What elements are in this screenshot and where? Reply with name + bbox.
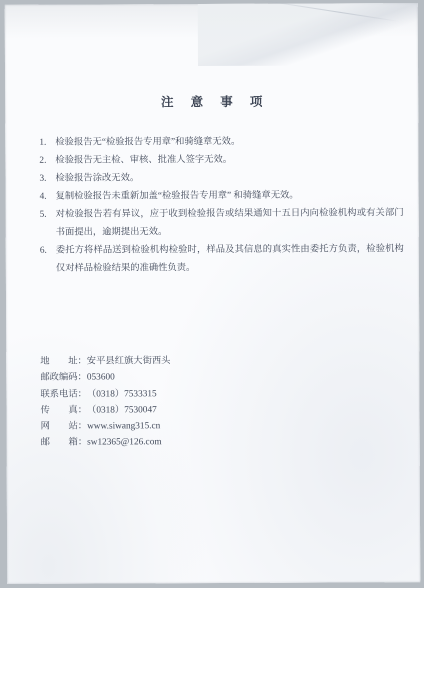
contact-value: 安平县红旗大街西头 [87, 353, 171, 370]
notice-number: 1. [39, 134, 55, 152]
notice-item: 5. 对检验报告若有异议，应于收到检验报告或结果通知十五日内向检验机构或有关部门… [40, 204, 404, 242]
notice-number: 3. [39, 170, 55, 188]
notice-text: 对检验报告若有异议，应于收到检验报告或结果通知十五日内向检验机构或有关部门书面提… [56, 204, 404, 242]
notice-number: 4. [40, 188, 56, 206]
notice-item: 6. 委托方将样品送到检验机构检验时，样品及其信息的真实性由委托方负责，检验机构… [40, 240, 404, 278]
contact-address: 地 址：安平县红旗大街西头 [40, 353, 170, 370]
contact-value: （0318）7533315 [87, 386, 157, 403]
notice-item: 2. 检验报告无主检、审核、批准人签字无效。 [39, 150, 403, 170]
notice-text: 检验报告无“检验报告专用章”和骑缝章无效。 [55, 132, 403, 152]
contact-fax: 传 真：（0318）7530047 [40, 402, 170, 419]
notice-list: 1. 检验报告无“检验报告专用章”和骑缝章无效。 2. 检验报告无主检、审核、批… [39, 132, 404, 278]
notice-text: 复制检验报告未重新加盖“检验报告专用章” 和骑缝章无效。 [56, 186, 404, 206]
contact-label: 地 址： [40, 354, 87, 370]
scanner-background: 注 意 事 项 1. 检验报告无“检验报告专用章”和骑缝章无效。 2. 检验报告… [0, 0, 424, 588]
notice-text: 检验报告无主检、审核、批准人签字无效。 [55, 150, 403, 170]
notice-text: 检验报告涂改无效。 [55, 168, 403, 188]
blank-margin [0, 588, 424, 700]
notice-number: 5. [40, 206, 56, 242]
scanned-paper: 注 意 事 项 1. 检验报告无“检验报告专用章”和骑缝章无效。 2. 检验报告… [5, 3, 421, 584]
contact-postcode: 邮政编码：053600 [40, 369, 170, 386]
contact-label: 邮 箱： [41, 435, 88, 451]
contact-label: 网 站： [41, 419, 88, 435]
contact-phone: 联系电话：（0318）7533315 [40, 386, 170, 403]
contact-value: sw12365@126.com [87, 435, 161, 452]
notice-item: 4. 复制检验报告未重新加盖“检验报告专用章” 和骑缝章无效。 [40, 186, 404, 206]
page-title: 注 意 事 项 [5, 91, 418, 111]
paper-fold-shading [198, 3, 418, 66]
contact-value: 053600 [87, 370, 115, 386]
contact-email: 邮 箱：sw12365@126.com [41, 435, 171, 452]
notice-number: 2. [39, 152, 55, 170]
contact-block: 地 址：安平县红旗大街西头 邮政编码：053600 联系电话：（0318）753… [40, 353, 171, 451]
contact-value: （0318）7530047 [87, 402, 157, 419]
notice-number: 6. [40, 242, 56, 278]
notice-item: 3. 检验报告涂改无效。 [39, 168, 403, 188]
contact-label: 邮政编码： [40, 370, 87, 386]
contact-website: 网 站：www.siwang315.cn [41, 418, 171, 435]
contact-value: www.siwang315.cn [87, 418, 160, 435]
screenshot-stage: 注 意 事 项 1. 检验报告无“检验报告专用章”和骑缝章无效。 2. 检验报告… [0, 0, 424, 700]
notice-text: 委托方将样品送到检验机构检验时，样品及其信息的真实性由委托方负责，检验机构仅对样… [56, 240, 404, 278]
contact-label: 联系电话： [40, 386, 87, 402]
notice-item: 1. 检验报告无“检验报告专用章”和骑缝章无效。 [39, 132, 403, 152]
contact-label: 传 真： [40, 402, 87, 418]
paper-crease-line [251, 0, 399, 22]
